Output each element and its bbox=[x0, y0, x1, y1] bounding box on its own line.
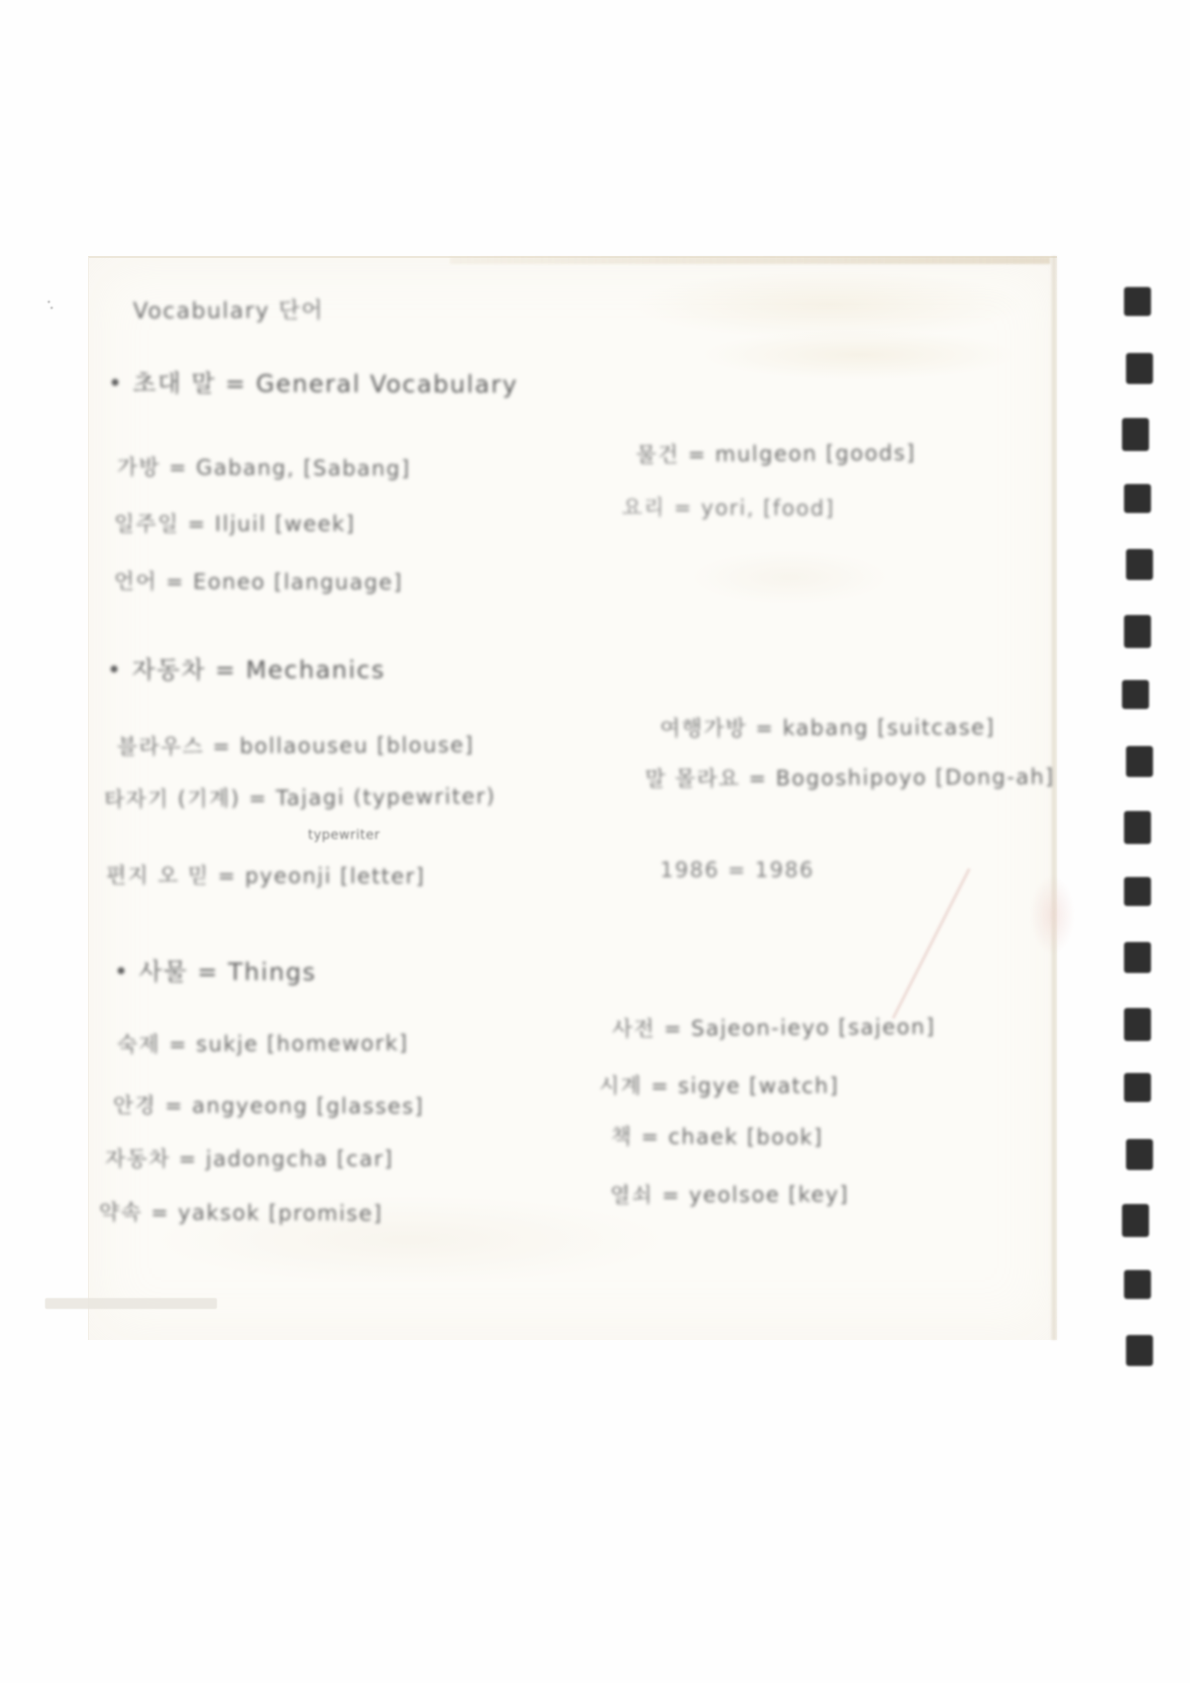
binding-hole bbox=[1124, 877, 1151, 906]
binding-hole bbox=[1122, 418, 1149, 451]
binding-hole bbox=[1124, 484, 1151, 513]
vocab-entry: 여행가방 = kabang [suitcase] bbox=[660, 711, 995, 742]
vocab-subnote: typewriter bbox=[308, 828, 380, 843]
binding-hole bbox=[1124, 811, 1151, 844]
vocab-entry: 요리 = yori, [food] bbox=[622, 491, 835, 522]
binding-hole bbox=[1126, 549, 1153, 580]
page-title: Vocabulary 단어 bbox=[133, 294, 324, 326]
vocab-entry: 열쇠 = yeolsoe [key] bbox=[610, 1179, 849, 1210]
vocab-entry: 숙제 = sukje [homework] bbox=[117, 1027, 409, 1059]
vocab-entry: 일주일 = Iljuil [week] bbox=[114, 508, 355, 538]
vocab-entry: 1986 = 1986 bbox=[660, 858, 814, 882]
vocab-entry: 안경 = angyeong [glasses] bbox=[113, 1089, 424, 1120]
section-header-mechanics: • 자동차 = Mechanics bbox=[107, 650, 385, 685]
vocab-entry: 자동차 = jadongcha [car] bbox=[105, 1143, 394, 1173]
section-header-general-vocabulary: • 초대 말 = General Vocabulary bbox=[108, 363, 518, 399]
binding-hole bbox=[1126, 1139, 1153, 1170]
vocab-entry: 시계 = sigye [watch] bbox=[599, 1070, 839, 1100]
binding-hole bbox=[1124, 615, 1151, 648]
vocab-entry: 가방 = Gabang, [Sabang] bbox=[117, 451, 411, 483]
vocab-entry: 말 몰라요 = Bogoshipoyo [Dong-ah] bbox=[645, 761, 1055, 793]
binding-hole bbox=[1124, 942, 1151, 973]
vocab-entry: 책 = chaek [book] bbox=[611, 1121, 823, 1152]
binding-hole bbox=[1122, 680, 1149, 709]
binding-hole bbox=[1124, 1270, 1151, 1299]
vocab-entry: 블라우스 = bollaouseu [blouse] bbox=[117, 729, 475, 761]
vocab-entry: 사전 = Sajeon-ieyo [sajeon] bbox=[612, 1011, 936, 1043]
binding-hole bbox=[1126, 1335, 1153, 1366]
section-header-things: • 사물 = Things bbox=[114, 952, 317, 988]
binding-hole bbox=[1124, 287, 1151, 316]
binding-hole bbox=[1122, 1204, 1149, 1237]
vocab-entry: 타자기 (기계) = Tajagi (typewriter) bbox=[104, 780, 496, 813]
page-right-edge-shadow bbox=[1050, 256, 1058, 1340]
vocab-entry: 물건 = mulgeon [goods] bbox=[636, 437, 916, 469]
binding-hole bbox=[1126, 746, 1153, 777]
vocab-entry: 언어 = Eoneo [language] bbox=[114, 565, 403, 596]
scanned-notebook-page: ·· Vocabulary 단어 • 초대 말 = General Vocabu… bbox=[0, 0, 1190, 1683]
page-top-edge bbox=[450, 257, 1050, 264]
margin-mark: ·· bbox=[39, 296, 62, 316]
binding-hole bbox=[1124, 1008, 1151, 1041]
binding-hole bbox=[1124, 1073, 1151, 1102]
vocab-entry: 편지 오 믿 = pyeonji [letter] bbox=[106, 859, 425, 890]
binding-hole bbox=[1126, 353, 1153, 384]
faded-footer-stamp bbox=[45, 1298, 217, 1309]
vocab-entry: 약속 = yaksok [promise] bbox=[99, 1196, 383, 1227]
